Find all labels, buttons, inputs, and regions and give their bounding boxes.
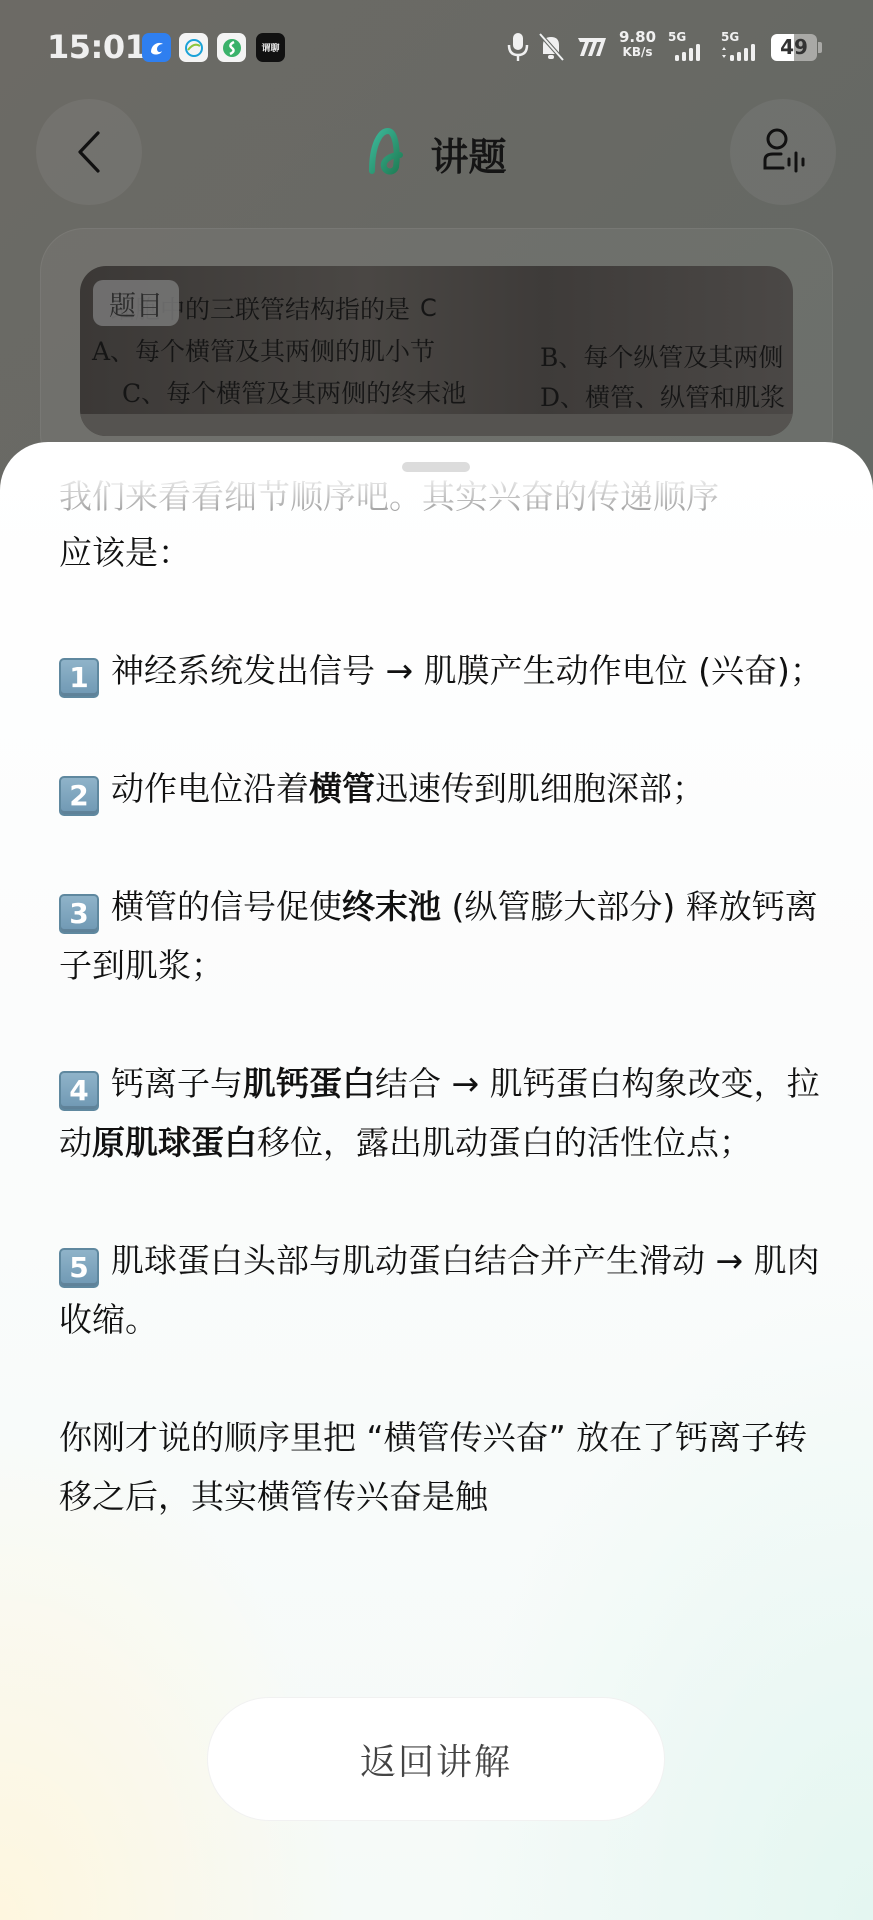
sim1-network-type: 5G <box>668 30 686 44</box>
step-keyword: 横管 <box>309 769 375 808</box>
step-item: 1神经系统发出信号 → 肌膜产生动作电位 (兴奋)； <box>59 641 829 700</box>
text-app-icon: 谓聊 <box>256 33 285 62</box>
step-keyword: 肌钙蛋白 <box>243 1064 375 1103</box>
green-s-app-icon <box>217 33 246 62</box>
option-a: A、每个横管及其两侧的肌小节 <box>92 332 435 368</box>
option-d: D、横管、纵管和肌浆 <box>540 378 785 414</box>
speed-unit: KB/s <box>619 45 656 60</box>
step-text: 肌球蛋白头部与肌动蛋白结合并产生滑动 → 肌肉收缩。 <box>59 1241 820 1339</box>
step-text: 钙离子与 <box>111 1064 243 1103</box>
network-speed: 9.80 KB/s <box>619 30 656 60</box>
keycap-3-icon: 3 <box>59 894 99 934</box>
step-text: 横管的信号促使 <box>111 887 342 926</box>
step-item: 2动作电位沿着横管迅速传到肌细胞深部； <box>59 759 829 818</box>
microphone-icon <box>506 32 530 66</box>
step-item: 3横管的信号促使终末池 (纵管膨大部分) 释放钙离子到肌浆； <box>59 877 829 995</box>
intro-text: 应该是： <box>59 523 829 582</box>
step-keyword: 原肌球蛋白 <box>92 1123 257 1162</box>
dolphin-app-icon <box>142 33 171 62</box>
question-tag: 题目 <box>93 280 179 326</box>
step-text: 神经系统发出信号 → 肌膜产生动作电位 (兴奋)； <box>111 651 823 690</box>
status-time: 15:01 <box>47 28 146 66</box>
photo-edge <box>80 414 793 436</box>
option-b: B、每个纵管及其两侧 <box>540 338 783 374</box>
step-item: 4钙离子与肌钙蛋白结合 → 肌钙蛋白构象改变，拉动原肌球蛋白移位，露出肌动蛋白的… <box>59 1054 829 1172</box>
drag-handle[interactable] <box>402 462 470 472</box>
step-keyword: 终末池 <box>342 887 441 926</box>
closing-text: 你刚才说的顺序里把 “横管传兴奋” 放在了钙离子转移之后，其实横管传兴奋是触 <box>59 1408 829 1526</box>
status-bar: 15:01 谓聊 9.80 KB/s 5G 5G 49 <box>0 0 873 95</box>
handwritten-answer: C <box>420 294 437 322</box>
option-c: C、每个横管及其两侧的终末池 <box>122 374 466 410</box>
step-text: 迅速传到肌细胞深部； <box>375 769 705 808</box>
china-mobile-app-icon <box>179 33 208 62</box>
step-item: 5肌球蛋白头部与肌动蛋白结合并产生滑动 → 肌肉收缩。 <box>59 1231 829 1349</box>
bell-muted-icon <box>537 32 565 66</box>
title-text: 讲题 <box>430 126 506 181</box>
carrier-logo-icon <box>572 36 608 62</box>
keycap-4-icon: 4 <box>59 1071 99 1111</box>
explanation-content[interactable]: 我们来看看细节顺序吧。其实兴奋的传递顺序 应该是： 1神经系统发出信号 → 肌膜… <box>59 487 829 1526</box>
keycap-1-icon: 1 <box>59 658 99 698</box>
ai-logo-icon <box>366 125 422 181</box>
faded-line: 我们来看看细节顺序吧。其实兴奋的传递顺序 <box>59 479 829 515</box>
signal-strength-data-icon <box>719 44 759 66</box>
user-voice-icon <box>757 126 809 178</box>
keycap-2-icon: 2 <box>59 776 99 816</box>
return-to-explanation-button[interactable]: 返回讲解 <box>207 1697 665 1821</box>
header-bar: 讲题 <box>0 95 873 210</box>
keycap-5-icon: 5 <box>59 1248 99 1288</box>
signal-strength-icon <box>674 44 702 66</box>
explanation-sheet: 我们来看看细节顺序吧。其实兴奋的传递顺序 应该是： 1神经系统发出信号 → 肌膜… <box>0 442 873 1920</box>
speed-value: 9.80 <box>619 30 656 45</box>
voice-tutor-button[interactable] <box>730 99 836 205</box>
question-photo[interactable]: 细胞中的三联管结构指的是 C A、每个横管及其两侧的肌小节 B、每个纵管及其两侧… <box>80 266 793 436</box>
step-text: 移位，露出肌动蛋白的活性位点； <box>257 1123 752 1162</box>
step-text: 动作电位沿着 <box>111 769 309 808</box>
battery-indicator: 49 <box>771 34 817 61</box>
sim2-network-type: 5G <box>721 30 739 44</box>
